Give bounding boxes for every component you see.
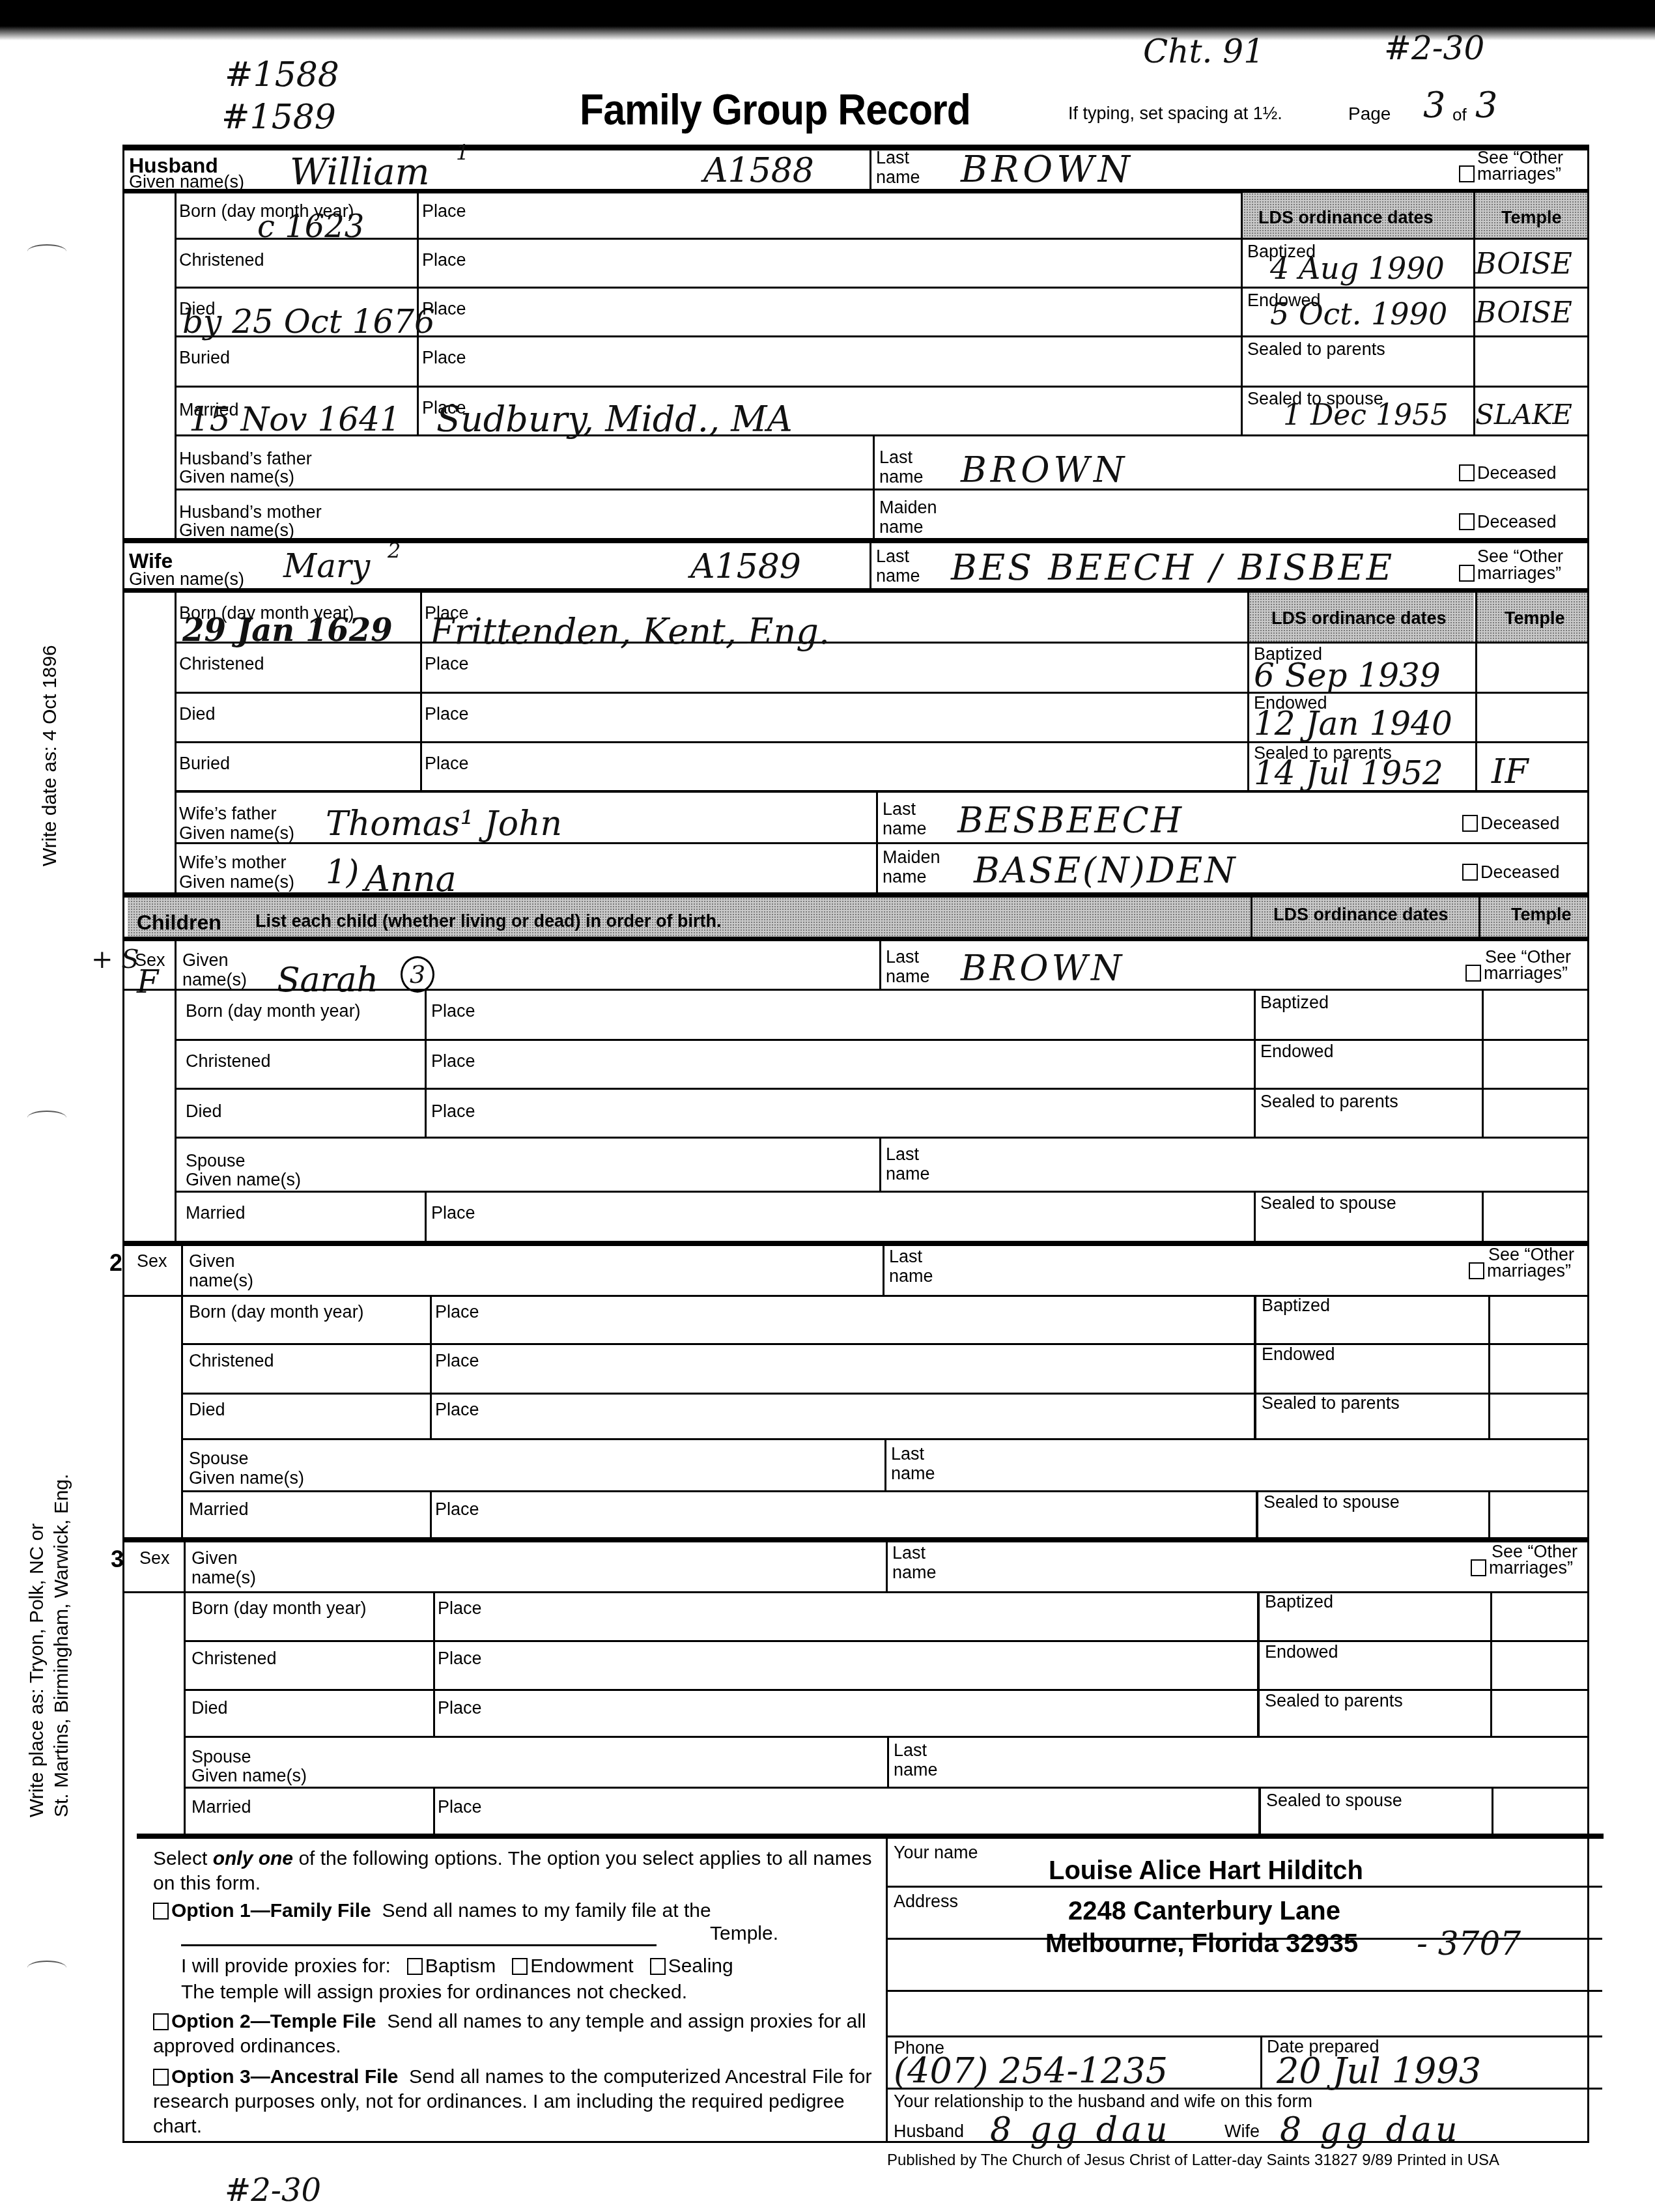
- of-label: of: [1452, 106, 1467, 124]
- checkbox-icon: [1462, 864, 1478, 881]
- child-2-married-label: Married: [189, 1500, 249, 1519]
- child-3-born-label: Born (day month year): [191, 1599, 367, 1618]
- husband-died-place-label: Place: [422, 300, 466, 319]
- wife-given-sup: 2: [388, 538, 401, 563]
- checkbox-icon: [1462, 815, 1478, 832]
- proxy-endowment-label: Endowment: [530, 1955, 633, 1977]
- page-title: Family Group Record: [580, 85, 970, 134]
- checkbox-icon: [1459, 165, 1475, 182]
- child-2-names-label: name(s): [189, 1271, 253, 1290]
- proxy-sealing-label: Sealing: [668, 1955, 733, 1977]
- annotation-ref-bottom: #2-30: [225, 2172, 321, 2209]
- child-2-number: 2: [109, 1249, 122, 1277]
- page-number: 3: [1423, 85, 1445, 126]
- address-line-2[interactable]: Melbourne, Florida 32935: [1045, 1929, 1358, 1959]
- wifes-father-last-label-2: name: [883, 819, 927, 838]
- child-2-christened-place-label: Place: [435, 1352, 479, 1370]
- child-1-spouse-given-label: Given name(s): [186, 1170, 301, 1189]
- husband-born-date[interactable]: c 1623: [257, 208, 364, 245]
- option-1-temple-label: Temple.: [710, 1921, 778, 1946]
- wife-christened-label: Christened: [179, 655, 264, 674]
- child-1-given-label: Given: [182, 951, 229, 970]
- child-2-born-place-label: Place: [435, 1303, 479, 1322]
- side-note-place-1: Write place as: Tryon, Polk, NC or: [26, 1524, 48, 1817]
- wife-last-label-2: name: [876, 567, 920, 586]
- annotation-chart: Cht. 91: [1143, 33, 1264, 70]
- husband-married-place[interactable]: Sudbury, Midd., MA: [436, 399, 793, 440]
- typing-note: If typing, set spacing at 1½.: [1068, 104, 1282, 123]
- child-1-names-label: name(s): [182, 971, 247, 989]
- wife-buried-label: Buried: [179, 754, 230, 773]
- wifes-father-last-name[interactable]: BESBEECH: [957, 800, 1183, 841]
- husband-buried-label: Buried: [179, 348, 230, 367]
- child-1-christened-label: Christened: [186, 1052, 271, 1071]
- child-2-spouse-last-label-2: name: [891, 1464, 935, 1483]
- wifes-mother-prefix: 1): [326, 853, 359, 891]
- address-label: Address: [894, 1892, 958, 1911]
- wife-sealed-parents-date[interactable]: 14 Jul 1952: [1254, 754, 1443, 792]
- checkbox-icon: [1459, 513, 1475, 530]
- wifes-father-label: Wife’s father: [179, 804, 277, 823]
- checkbox-icon: [1469, 1262, 1484, 1279]
- see-other-2: marriages”: [1477, 563, 1561, 583]
- child-3-christened-place-label: Place: [438, 1649, 482, 1668]
- option-1-title: Option 1—Family File: [171, 1900, 371, 1921]
- wife-born-place[interactable]: Frittenden, Kent, Eng.: [430, 611, 830, 652]
- option-3-checkbox[interactable]: [153, 2069, 169, 2086]
- child-1-sealed-spouse-label: Sealed to spouse: [1260, 1194, 1396, 1213]
- child-3-given-label: Given: [191, 1549, 238, 1568]
- wifes-mother-maiden-name[interactable]: BASE(N)DEN: [974, 850, 1237, 891]
- child-1-endowed-label: Endowed: [1260, 1042, 1334, 1061]
- proxies-label: I will provide proxies for:: [181, 1955, 391, 1977]
- see-other-marriages-checkbox[interactable]: marriages”: [1459, 165, 1561, 184]
- option-1[interactable]: Option 1—Family File Send all names to m…: [153, 1899, 876, 1923]
- child-3-married-label: Married: [191, 1798, 251, 1817]
- proxy-baptism-checkbox[interactable]: [407, 1958, 423, 1975]
- child-2-sex-label: Sex: [137, 1252, 167, 1271]
- child-3-christened-label: Christened: [191, 1649, 277, 1668]
- child-1-see-other-marriages-checkbox[interactable]: marriages”: [1465, 964, 1568, 983]
- husband-baptized-temple[interactable]: BOISE: [1475, 248, 1572, 281]
- checkbox-icon: [1459, 464, 1475, 481]
- wifes-father-deceased-checkbox[interactable]: Deceased: [1462, 814, 1560, 833]
- children-heading: Children: [137, 911, 221, 935]
- husbands-mother-maiden-label-2: name: [879, 518, 924, 537]
- child-1-born-place-label: Place: [431, 1002, 475, 1021]
- husbands-mother-maiden-label-1: Maiden: [879, 498, 937, 517]
- child-3-endowed-label: Endowed: [1265, 1643, 1338, 1662]
- wifes-mother-deceased-checkbox[interactable]: Deceased: [1462, 863, 1560, 882]
- wife-christened-place-label: Place: [425, 655, 469, 674]
- temple-header: Temple: [1505, 609, 1565, 628]
- wifes-mother-maiden-label-2: name: [883, 868, 927, 886]
- husband-endowed-date[interactable]: 5 Oct. 1990: [1270, 296, 1447, 332]
- child-2-spouse-given-label: Given name(s): [189, 1469, 304, 1488]
- husband-baptized-date[interactable]: 4 Aug 1990: [1270, 251, 1445, 286]
- your-name-label: Your name: [894, 1843, 978, 1862]
- child-1-order-mark: 3: [401, 956, 434, 993]
- husband-last-label-2: name: [876, 168, 920, 187]
- child-1-margin-mark: + S: [91, 944, 139, 974]
- husband-sealed-spouse-date[interactable]: 1 Dec 1955: [1283, 399, 1449, 432]
- wife-baptized-date[interactable]: 6 Sep 1939: [1254, 657, 1441, 694]
- relationship-wife-value[interactable]: 8 gg dau: [1280, 2110, 1462, 2149]
- wifes-mother-maiden-label-1: Maiden: [883, 848, 941, 867]
- wife-given-label: Given name(s): [129, 570, 244, 589]
- husband-christened-label: Christened: [179, 251, 264, 270]
- binder-mark-icon: [27, 1111, 66, 1125]
- page-label: Page: [1348, 104, 1391, 123]
- husband-sealed-parents-label: Sealed to parents: [1247, 340, 1385, 359]
- wife-last-label-1: Last: [876, 547, 909, 566]
- child-3-sealed-parents-label: Sealed to parents: [1265, 1692, 1403, 1710]
- husbands-mother-deceased-checkbox[interactable]: Deceased: [1459, 513, 1557, 532]
- husband-sealed-spouse-temple[interactable]: SLAKE: [1475, 399, 1572, 431]
- child-3-baptized-label: Baptized: [1265, 1593, 1333, 1611]
- annotation-1589: #1589: [221, 98, 336, 137]
- wifes-mother-given-label: Given name(s): [179, 873, 294, 892]
- wife-died-place-label: Place: [425, 705, 469, 724]
- child-1-married-label: Married: [186, 1204, 246, 1223]
- husband-given-sup: 1: [456, 140, 469, 165]
- child-2-spouse-label: Spouse: [189, 1449, 249, 1468]
- children-note: List each child (whether living or dead)…: [255, 912, 722, 931]
- child-2-last-label-2: name: [889, 1267, 933, 1286]
- child-3-see-other-marriages-checkbox[interactable]: marriages”: [1471, 1559, 1573, 1578]
- wife-last-name[interactable]: BES BEECH / BISBEE: [951, 547, 1394, 588]
- lds-dates-header: LDS ordinance dates: [1258, 208, 1434, 227]
- child-1-died-label: Died: [186, 1102, 222, 1121]
- phone-value[interactable]: (407) 254-1235: [894, 2050, 1168, 2091]
- husbands-mother-given-label: Given name(s): [179, 521, 294, 540]
- proxies-note: The temple will assign proxies for ordin…: [181, 1980, 687, 2005]
- child-1-spouse-last-label-1: Last: [886, 1145, 919, 1164]
- option-3-title: Option 3—Ancestral File: [171, 2066, 398, 2088]
- child-2-died-label: Died: [189, 1400, 225, 1419]
- husbands-mother-label: Husband’s mother: [179, 503, 322, 522]
- child-1-baptized-label: Baptized: [1260, 993, 1329, 1012]
- option-1-checkbox[interactable]: [153, 1903, 169, 1920]
- husband-afn: A1588: [703, 151, 814, 190]
- child-1-died-place-label: Place: [431, 1102, 475, 1121]
- wifes-father-given-name[interactable]: Thomas¹ John: [326, 804, 562, 844]
- husbands-father-last-label-1: Last: [879, 448, 912, 467]
- child-3-spouse-label: Spouse: [191, 1748, 251, 1766]
- child-3-died-label: Died: [191, 1699, 228, 1718]
- deceased-label: Deceased: [1480, 862, 1560, 882]
- your-name-value[interactable]: Louise Alice Hart Hilditch: [1049, 1856, 1363, 1886]
- wifes-mother-label: Wife’s mother: [179, 853, 287, 872]
- wife-given-name[interactable]: Mary: [283, 547, 370, 585]
- husbands-father-deceased-checkbox[interactable]: Deceased: [1459, 464, 1557, 483]
- child-2-sealed-spouse-label: Sealed to spouse: [1264, 1493, 1400, 1512]
- proxy-baptism-label: Baptism: [425, 1955, 496, 1977]
- publisher-footer: Published by The Church of Jesus Christ …: [887, 2151, 1499, 2170]
- child-3-died-place-label: Place: [438, 1699, 482, 1718]
- relationship-husband-label: Husband: [894, 2122, 964, 2141]
- wife-afn: A1589: [690, 547, 801, 586]
- child-3-number: 3: [111, 1546, 124, 1573]
- address-zip-ext[interactable]: - 3707: [1417, 1925, 1521, 1963]
- wife-heading: Wife: [129, 550, 173, 571]
- child-3-names-label: name(s): [191, 1568, 256, 1587]
- page-total: 3: [1475, 85, 1497, 126]
- see-other-2: marriages”: [1487, 1261, 1571, 1281]
- husband-born-place-label: Place: [422, 202, 466, 221]
- child-1-married-place-label: Place: [431, 1204, 475, 1223]
- husband-given-name[interactable]: William: [290, 151, 430, 193]
- husband-last-name[interactable]: BROWN: [961, 149, 1134, 191]
- child-1-sealed-parents-label: Sealed to parents: [1260, 1092, 1398, 1111]
- husband-buried-place-label: Place: [422, 348, 466, 367]
- wifes-father-last-label-1: Last: [883, 800, 916, 819]
- date-prepared-value[interactable]: 20 Jul 1993: [1277, 2050, 1481, 2091]
- child-3-last-label-1: Last: [892, 1544, 926, 1563]
- wife-buried-place-label: Place: [425, 754, 469, 773]
- child-3-born-place-label: Place: [438, 1599, 482, 1618]
- wifes-father-given-label: Given name(s): [179, 824, 294, 843]
- option-3[interactable]: Option 3—Ancestral File Send all names t…: [153, 2065, 876, 2139]
- binder-mark-icon: [27, 1961, 66, 1975]
- husband-endowed-temple[interactable]: BOISE: [1475, 296, 1572, 330]
- child-3-last-label-2: name: [892, 1563, 937, 1582]
- child-2-sealed-parents-label: Sealed to parents: [1262, 1394, 1400, 1413]
- checkbox-icon: [1465, 965, 1481, 982]
- see-other-2: marriages”: [1477, 164, 1561, 184]
- wife-endowed-date[interactable]: 12 Jan 1940: [1254, 705, 1452, 743]
- options-intro-emphasis: only one: [213, 1848, 293, 1869]
- child-1-spouse-last-label-2: name: [886, 1165, 930, 1184]
- husband-died-date[interactable]: by 25 Oct 1676: [182, 303, 435, 341]
- child-1-christened-place-label: Place: [431, 1052, 475, 1071]
- deceased-label: Deceased: [1477, 512, 1557, 532]
- husbands-father-label: Husband’s father: [179, 449, 312, 468]
- husband-last-label-1: Last: [876, 149, 909, 167]
- temple-header: Temple: [1511, 905, 1572, 924]
- proxy-sealing-checkbox[interactable]: [650, 1958, 666, 1975]
- binder-mark-icon: [27, 244, 66, 259]
- child-1-last-name[interactable]: BROWN: [961, 948, 1125, 989]
- child-2-married-place-label: Place: [435, 1500, 479, 1519]
- deceased-label: Deceased: [1477, 463, 1557, 483]
- child-1-spouse-label: Spouse: [186, 1152, 246, 1170]
- options-intro-text-1: Select: [153, 1848, 213, 1869]
- child-2-see-other-marriages-checkbox[interactable]: marriages”: [1469, 1262, 1571, 1281]
- see-other-2: marriages”: [1484, 963, 1568, 983]
- address-line-1[interactable]: 2248 Canterbury Lane: [1068, 1897, 1340, 1926]
- child-2-spouse-last-label-1: Last: [891, 1445, 924, 1464]
- wife-sealed-parents-temple[interactable]: IF: [1492, 752, 1529, 791]
- husband-christened-place-label: Place: [422, 251, 466, 270]
- option-1-text: Send all names to my family file at the: [382, 1900, 711, 1921]
- child-2-christened-label: Christened: [189, 1352, 274, 1370]
- child-3-spouse-last-label-2: name: [894, 1761, 938, 1780]
- child-2-born-label: Born (day month year): [189, 1303, 364, 1322]
- wife-born-date[interactable]: 29 Jan 1629: [182, 612, 393, 649]
- form-frame: [122, 145, 1589, 2143]
- see-other-2: marriages”: [1489, 1558, 1573, 1578]
- child-3-spouse-given-label: Given name(s): [191, 1766, 307, 1785]
- lds-dates-header: LDS ordinance dates: [1271, 609, 1447, 628]
- deceased-label: Deceased: [1480, 814, 1560, 833]
- relationship-husband-value[interactable]: 8 gg dau: [990, 2110, 1172, 2149]
- temple-header: Temple: [1501, 208, 1562, 227]
- relationship-wife-label: Wife: [1224, 2122, 1260, 2141]
- child-3-sex-label: Sex: [139, 1549, 170, 1568]
- checkbox-icon: [1459, 565, 1475, 582]
- wife-died-label: Died: [179, 705, 216, 724]
- lds-dates-header: LDS ordinance dates: [1273, 905, 1449, 924]
- child-1-last-label-2: name: [886, 967, 930, 986]
- husbands-father-last-label-2: name: [879, 468, 924, 487]
- husbands-father-last-name[interactable]: BROWN: [961, 449, 1128, 490]
- annotation-ref-top: #2-30: [1384, 29, 1484, 67]
- option-2-checkbox[interactable]: [153, 2013, 169, 2030]
- child-3-spouse-last-label-1: Last: [894, 1741, 927, 1760]
- side-note-place-2: St. Martins, Birmingham, Warwick, Eng.: [51, 1474, 73, 1817]
- child-1-sex[interactable]: F: [137, 964, 158, 1000]
- relationship-label: Your relationship to the husband and wif…: [894, 2092, 1312, 2111]
- child-1-last-label-1: Last: [886, 948, 919, 967]
- child-3-sealed-spouse-label: Sealed to spouse: [1266, 1791, 1402, 1810]
- options-intro: Select only one of the following options…: [153, 1847, 876, 1896]
- annotation-1588: #1588: [225, 55, 339, 94]
- husband-married-date[interactable]: 15 Nov 1641: [189, 401, 401, 438]
- option-1-temple-blank[interactable]: [181, 1944, 657, 1946]
- child-2-given-label: Given: [189, 1252, 235, 1271]
- child-3-married-place-label: Place: [438, 1798, 482, 1817]
- proxy-endowment-checkbox[interactable]: [512, 1958, 528, 1975]
- child-1-given-name[interactable]: Sarah: [277, 961, 378, 1000]
- wife-see-other-marriages-checkbox[interactable]: marriages”: [1459, 564, 1561, 583]
- child-2-last-label-1: Last: [889, 1247, 922, 1266]
- child-2-baptized-label: Baptized: [1262, 1296, 1330, 1315]
- side-note-date: Write date as: 4 Oct 1896: [39, 645, 61, 866]
- child-2-died-place-label: Place: [435, 1400, 479, 1419]
- option-2-title: Option 2—Temple File: [171, 2011, 376, 2032]
- child-2-endowed-label: Endowed: [1262, 1345, 1335, 1364]
- proxies-row: I will provide proxies for: Baptism Endo…: [181, 1954, 733, 1979]
- husbands-father-given-label: Given name(s): [179, 468, 294, 487]
- option-2[interactable]: Option 2—Temple File Send all names to a…: [153, 2009, 876, 2059]
- checkbox-icon: [1471, 1559, 1486, 1576]
- child-1-born-label: Born (day month year): [186, 1002, 361, 1021]
